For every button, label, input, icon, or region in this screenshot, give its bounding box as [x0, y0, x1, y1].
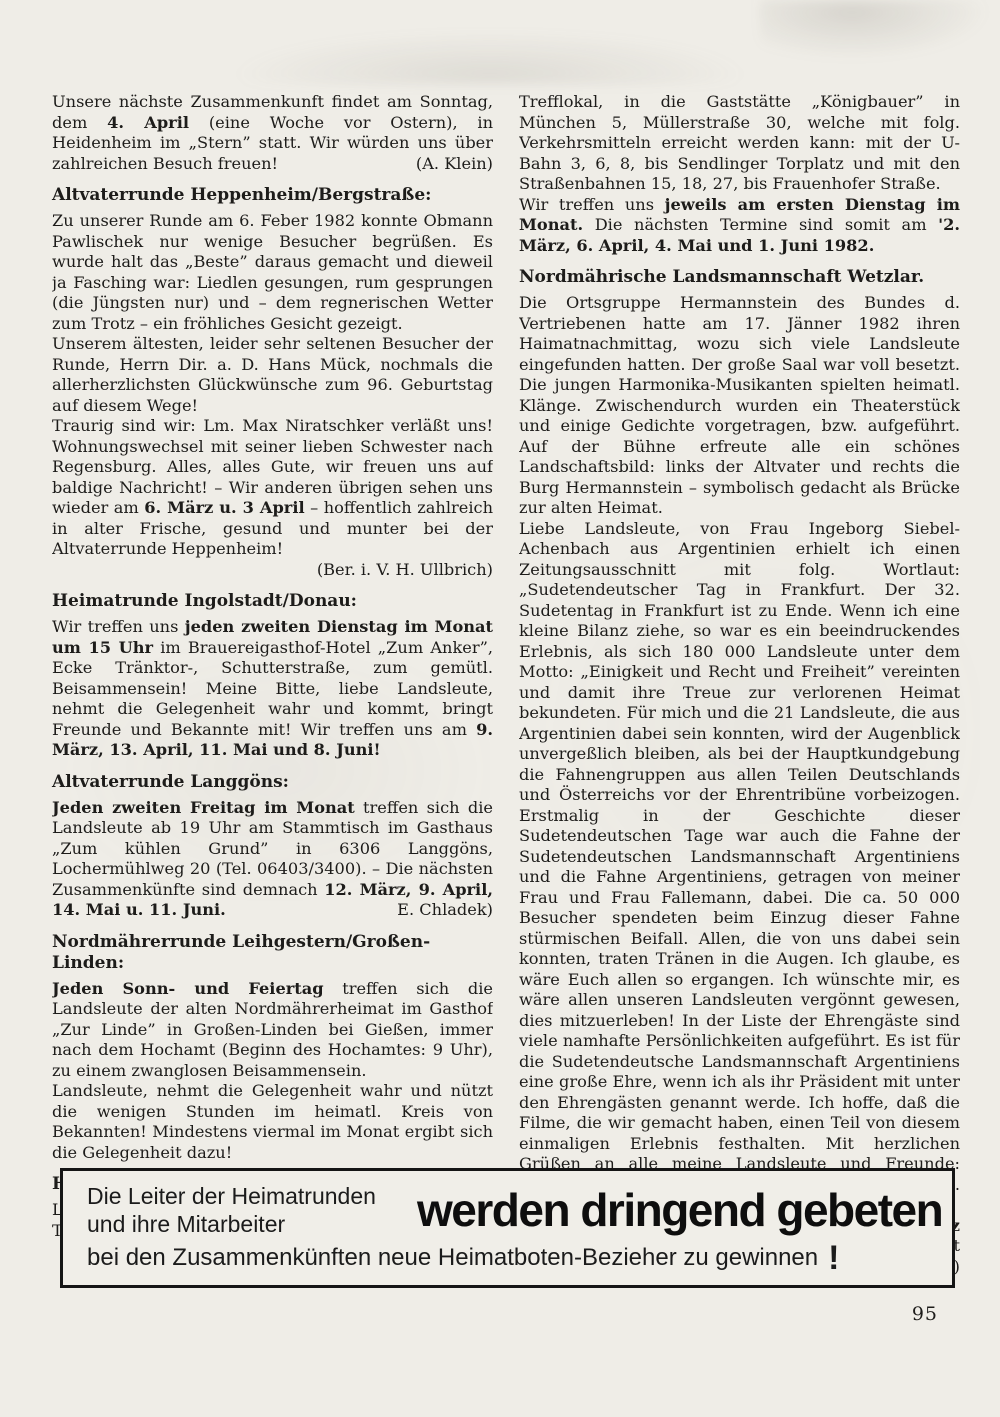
article-section: Trefflokal, in die Gaststätte „Königbaue…: [519, 92, 960, 256]
notice-intro-line2: und ihre Mitarbeiter: [87, 1210, 417, 1238]
text-run: Die Ortsgruppe Hermannstein des Bundes d…: [519, 293, 960, 517]
section-heading: Altvaterrunde Heppenheim/Bergstraße:: [52, 185, 493, 206]
paragraph: Jeden zweiten Freitag im Monat treffen s…: [52, 798, 493, 921]
byline: E. Chladek): [387, 900, 493, 921]
bold-text-run: Jeden Sonn- und Feiertag: [52, 979, 324, 998]
bold-text-run: 6. März u. 3 April: [144, 498, 304, 517]
notice-box-top-row: Die Leiter der Heimatrunden und ihre Mit…: [83, 1182, 932, 1238]
text-run: Wir treffen uns: [519, 195, 665, 214]
bold-text-run: 4. April: [107, 113, 189, 132]
text-columns: Unsere nächste Zusammenkunft findet am S…: [52, 92, 960, 1277]
article-section: Nordmährische Landsmannschaft Wetzlar.Di…: [519, 267, 960, 1277]
text-run: Unserem ältesten, leider sehr seltenen B…: [52, 334, 493, 415]
notice-footer-exclamation: !: [828, 1246, 839, 1270]
text-run: Trefflokal, in die Gaststätte „Königbaue…: [519, 92, 960, 193]
paragraph: Unserem ältesten, leider sehr seltenen B…: [52, 334, 493, 416]
text-run: Wir treffen uns: [52, 617, 185, 636]
paragraph: Liebe Landsleute, von Frau Ingeborg Sieb…: [519, 519, 960, 1216]
article-section: Nordmährerrunde Leihgestern/Großen-Linde…: [52, 932, 493, 1164]
paragraph: Trefflokal, in die Gaststätte „Königbaue…: [519, 92, 960, 195]
section-heading: Nordmährerrunde Leihgestern/Großen-Linde…: [52, 932, 493, 974]
paragraph: Traurig sind wir: Lm. Max Niratschker ve…: [52, 416, 493, 560]
paragraph: Zu unserer Runde am 6. Feber 1982 konnte…: [52, 211, 493, 334]
text-run: Landsleute, nehmt die Gelegenheit wahr u…: [52, 1081, 493, 1162]
notice-footer-text: bei den Zusammenkünften neue Heimatboten…: [87, 1244, 818, 1272]
paragraph: Wir treffen uns jeweils am ersten Dienst…: [519, 195, 960, 257]
bleedthrough-artifact: [230, 30, 750, 85]
signature-line: (Ber. i. V. H. Ullbrich): [52, 560, 493, 581]
left-column: Unsere nächste Zusammenkunft findet am S…: [52, 92, 493, 1277]
paragraph: Landsleute, nehmt die Gelegenheit wahr u…: [52, 1081, 493, 1163]
section-heading: Heimatrunde Ingolstadt/Donau:: [52, 591, 493, 612]
scanned-newsletter-page: Unsere nächste Zusammenkunft findet am S…: [0, 0, 1000, 1417]
bold-text-run: Jeden zweiten Freitag im Monat: [52, 798, 355, 817]
article-section: Altvaterrunde Langgöns:Jeden zweiten Fre…: [52, 772, 493, 921]
article-section: Unsere nächste Zusammenkunft findet am S…: [52, 92, 493, 174]
paragraph: Jeden Sonn- und Feiertag treffen sich di…: [52, 979, 493, 1082]
section-heading: Altvaterrunde Langgöns:: [52, 772, 493, 793]
notice-box: Die Leiter der Heimatrunden und ihre Mit…: [60, 1168, 955, 1288]
text-run: Liebe Landsleute, von Frau Ingeborg Sieb…: [519, 519, 960, 1215]
paragraph: Wir treffen uns jeden zweiten Dienstag i…: [52, 617, 493, 761]
right-column: Trefflokal, in die Gaststätte „Königbaue…: [519, 92, 960, 1277]
article-section: Altvaterrunde Heppenheim/Bergstraße:Zu u…: [52, 185, 493, 580]
bleedthrough-artifact: [760, 0, 990, 60]
notice-intro-line1: Die Leiter der Heimatrunden: [87, 1182, 417, 1210]
section-heading: Nordmährische Landsmannschaft Wetzlar.: [519, 267, 960, 288]
notice-footer: bei den Zusammenkünften neue Heimatboten…: [83, 1244, 932, 1272]
text-run: Die nächsten Termine sind somit am: [583, 215, 938, 234]
notice-headline: werden dringend gebeten: [417, 1183, 942, 1237]
text-run: Zu unserer Runde am 6. Feber 1982 konnte…: [52, 211, 493, 333]
notice-intro: Die Leiter der Heimatrunden und ihre Mit…: [83, 1182, 417, 1238]
paragraph: Die Ortsgruppe Hermannstein des Bundes d…: [519, 293, 960, 519]
byline: (A. Klein): [406, 154, 493, 175]
paragraph: Unsere nächste Zusammenkunft findet am S…: [52, 92, 493, 174]
article-section: Heimatrunde Ingolstadt/Donau:Wir treffen…: [52, 591, 493, 761]
page-number: 95: [912, 1303, 938, 1325]
